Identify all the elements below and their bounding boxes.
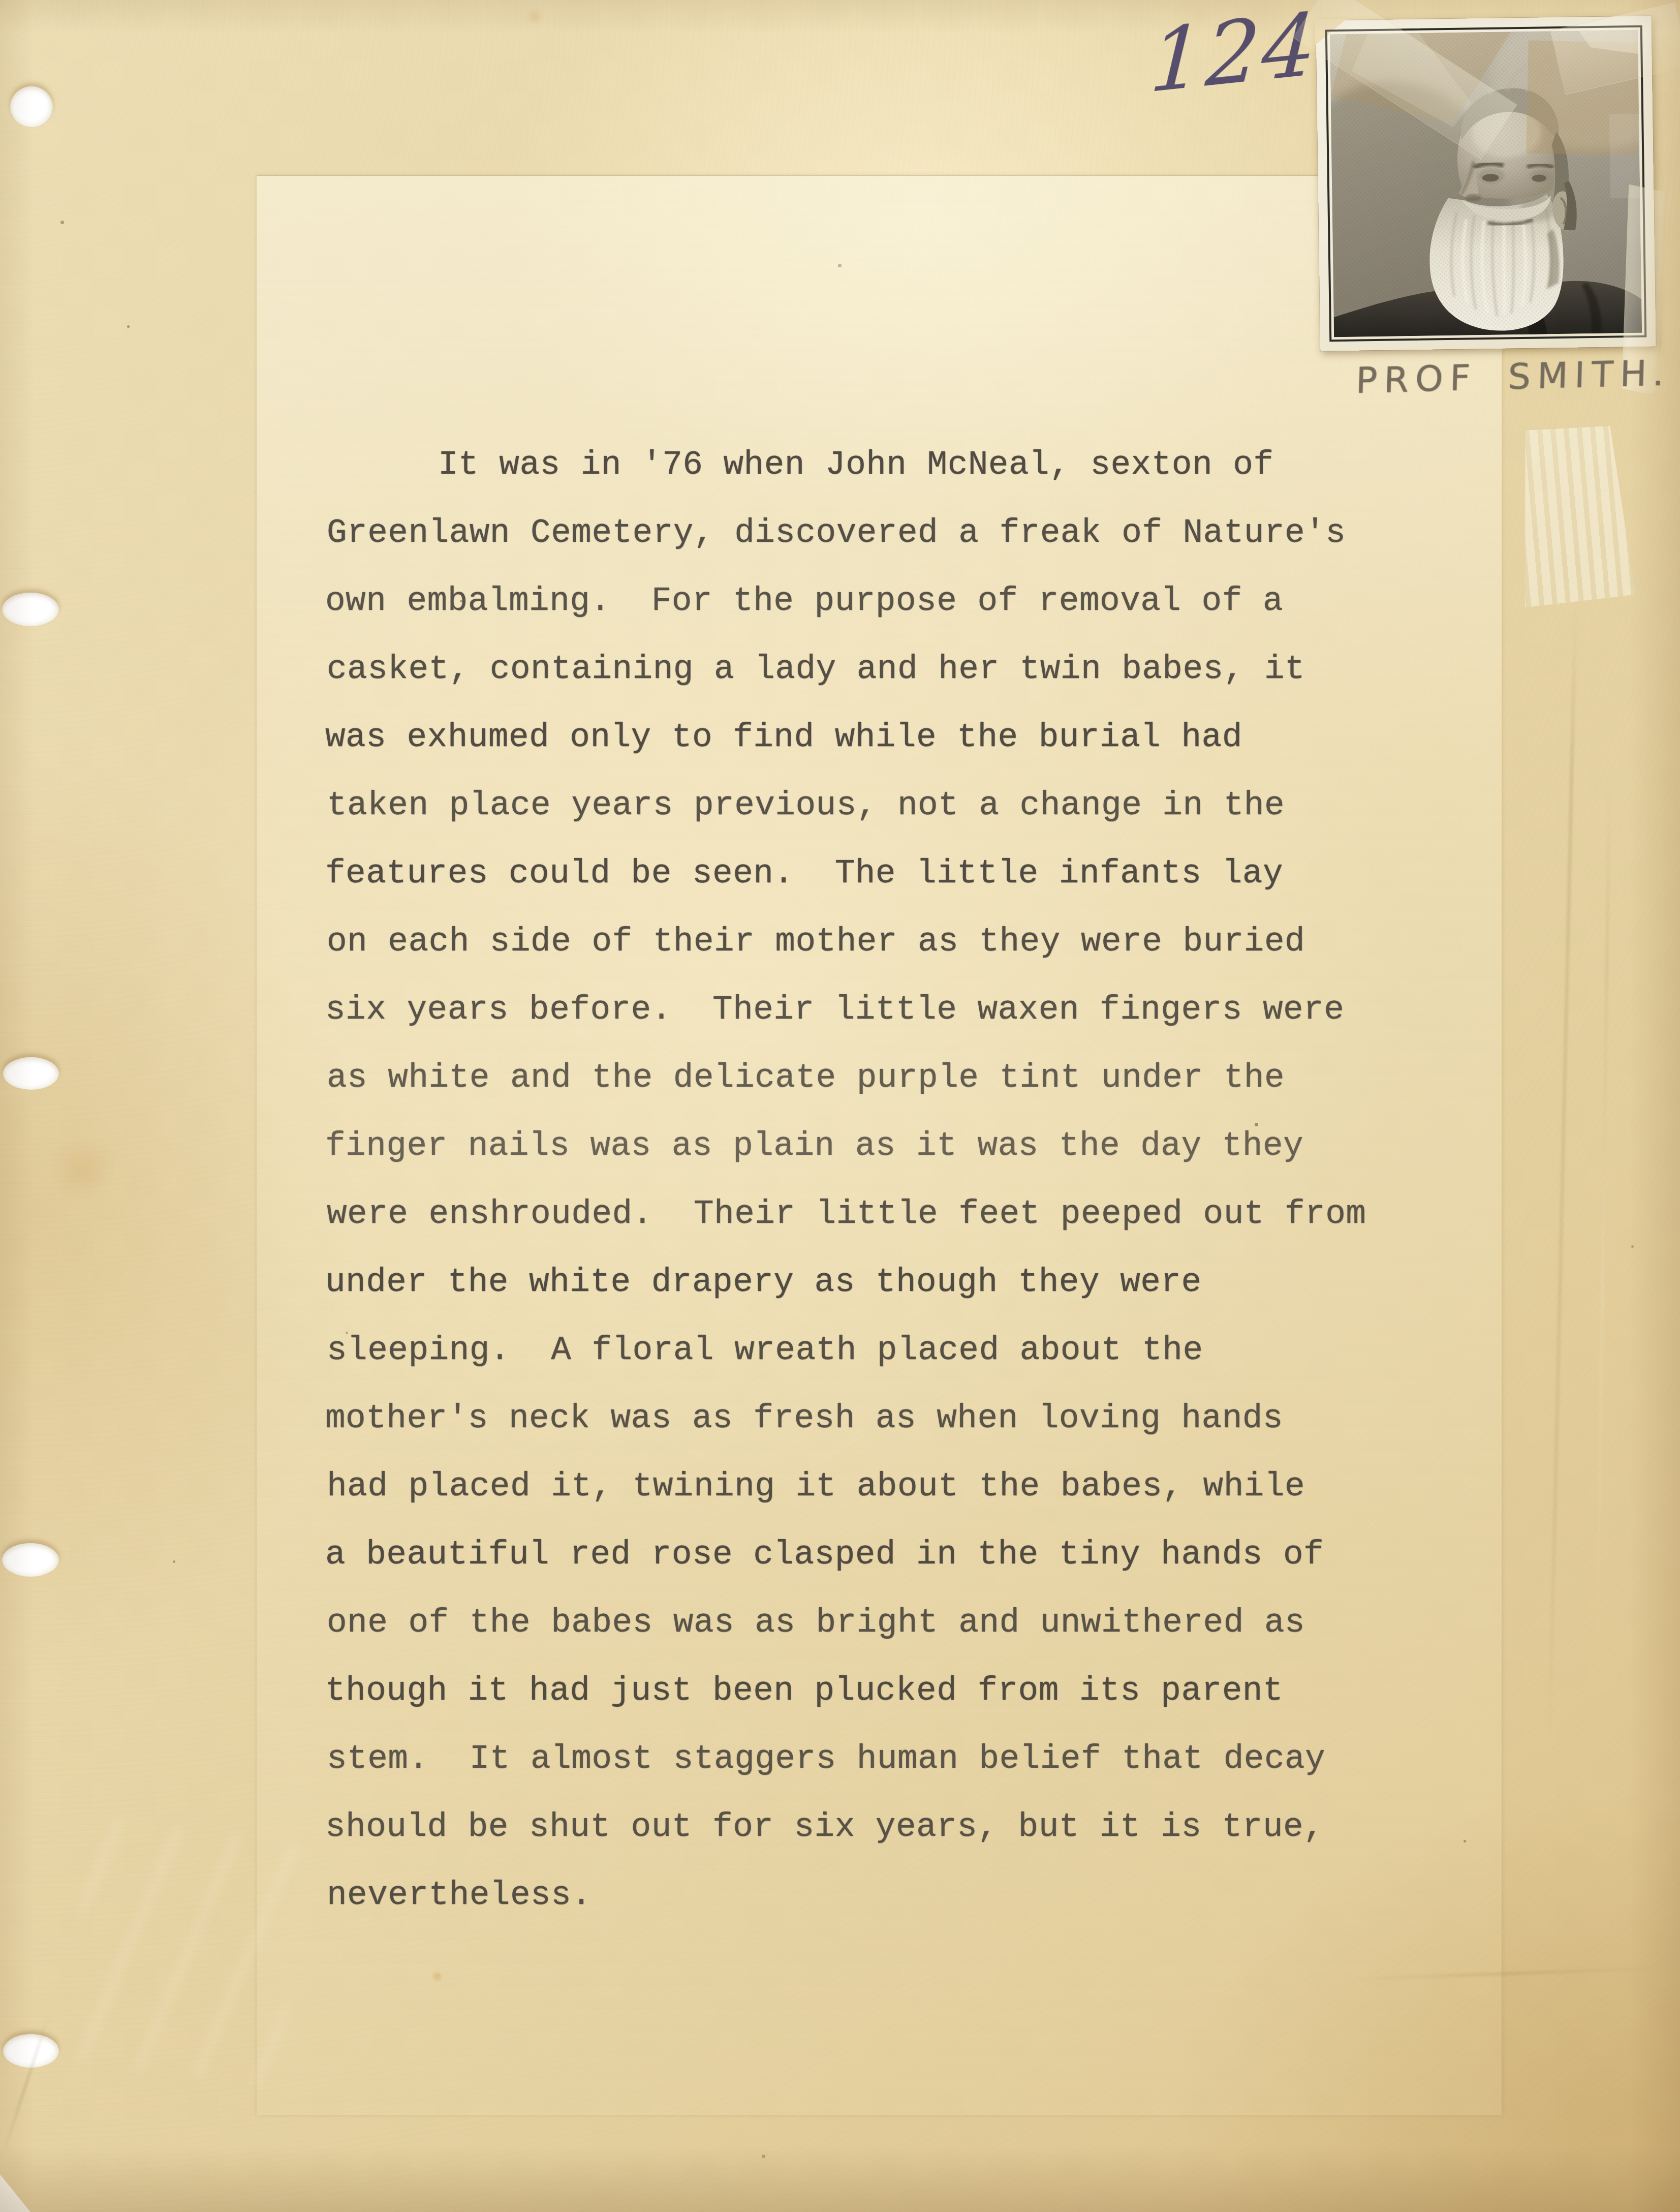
typed-line: six years before. Their little waxen fin…	[325, 976, 1403, 1044]
typed-line: casket, containing a lady and her twin b…	[327, 635, 1404, 703]
paper-crease	[1595, 773, 1611, 1713]
punch-hole	[3, 1057, 59, 1090]
punch-hole	[2, 1543, 59, 1577]
typed-line: It was in '76 when John McNeal, sexton o…	[325, 431, 1403, 499]
typed-line: nevertheless.	[327, 1861, 1404, 1929]
portrait-photo	[1316, 16, 1656, 351]
scrapbook-page: 124	[0, 0, 1680, 2212]
typed-line: Greenlawn Cemetery, discovered a freak o…	[327, 499, 1404, 567]
typed-line: own embalming. For the purpose of remova…	[325, 567, 1403, 635]
typed-line: taken place years previous, not a change…	[327, 772, 1404, 840]
typed-line: features could be seen. The little infan…	[325, 840, 1403, 908]
typed-line: one of the babes was as bright and unwit…	[327, 1589, 1404, 1657]
typed-line: as white and the delicate purple tint un…	[327, 1044, 1404, 1112]
typed-line: sleeping. A floral wreath placed about t…	[327, 1316, 1404, 1385]
paper-crease	[1548, 600, 1577, 1743]
tape-remnant-below-photo	[1509, 425, 1636, 608]
photo-caption-handwritten: PROF SMITH.	[1355, 352, 1671, 401]
typed-line: had placed it, twining it about the babe…	[327, 1453, 1404, 1521]
typed-line: on each side of their mother as they wer…	[327, 908, 1404, 976]
chipped-corner	[0, 2174, 30, 2212]
typed-line: though it had just been plucked from its…	[325, 1657, 1403, 1725]
typed-line: stem. It almost staggers human belief th…	[327, 1725, 1404, 1793]
punch-hole	[2, 593, 59, 626]
ghost-ink-imprint	[60, 1816, 311, 2087]
typed-line: were enshrouded. Their little feet peepe…	[327, 1180, 1404, 1248]
punch-hole	[10, 86, 53, 127]
typed-line: under the white drapery as though they w…	[325, 1248, 1403, 1316]
punch-hole	[3, 2034, 59, 2068]
paper-crease	[0, 2010, 51, 2161]
typed-text-block: It was in '76 when John McNeal, sexton o…	[325, 431, 1403, 1929]
typed-line: mother's neck was as fresh as when lovin…	[325, 1385, 1403, 1453]
typed-line: was exhumed only to find while the buria…	[325, 703, 1403, 772]
bearded-man-portrait-image	[1330, 30, 1642, 337]
handwritten-page-number: 124	[1147, 1, 1320, 105]
typed-line: a beautiful red rose clasped in the tiny…	[325, 1521, 1403, 1589]
paper-specks-and-stains	[0, 0, 3, 3]
typed-line: should be shut out for six years, but it…	[325, 1793, 1403, 1861]
typed-line: finger nails was as plain as it was the …	[325, 1112, 1403, 1180]
